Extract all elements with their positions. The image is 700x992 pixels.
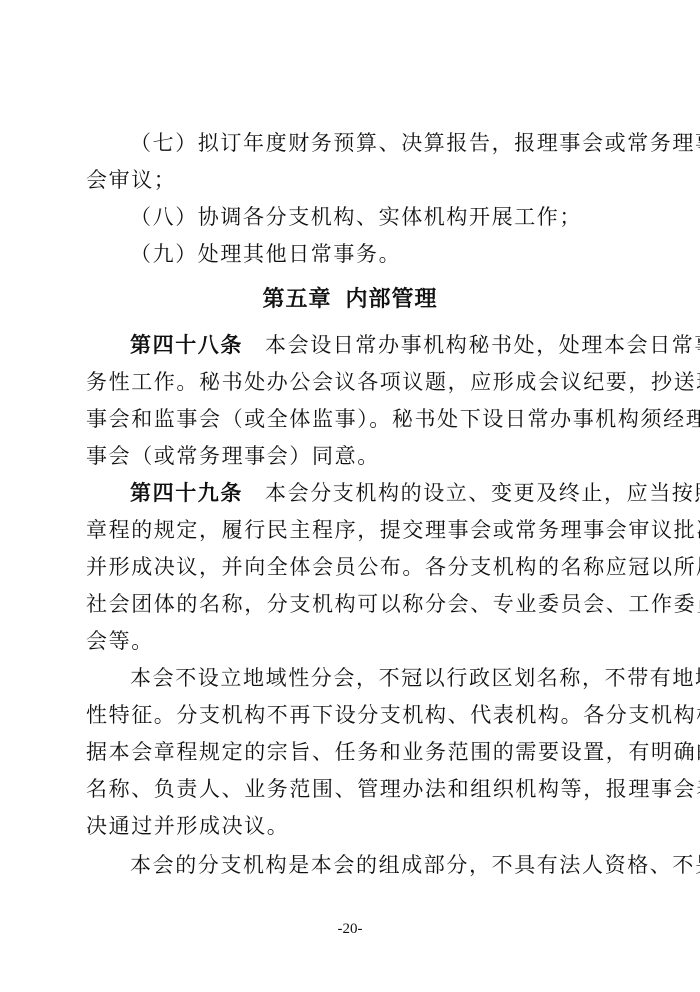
chapter-number: 第五章 bbox=[262, 287, 331, 312]
article-49-text-1: 本会分支机构的设立、变更及终止，应当按照 bbox=[265, 481, 700, 505]
page-number: -20- bbox=[0, 919, 700, 939]
article-48-line-3: 事会和监事会（或全体监事）。秘书处下设日常办事机构须经理 bbox=[86, 404, 616, 434]
article-49-line-1: 第四十九条本会分支机构的设立、变更及终止，应当按照 bbox=[130, 478, 616, 508]
chapter-title: 内部管理 bbox=[346, 287, 438, 312]
article-49-line-3: 并形成决议，并向全体会员公布。各分支机构的名称应冠以所属 bbox=[86, 552, 616, 582]
regional-paragraph-line-2: 性特征。分支机构不再下设分支机构、代表机构。各分支机构根 bbox=[86, 700, 616, 730]
article-49-line-4: 社会团体的名称，分支机构可以称分会、专业委员会、工作委员 bbox=[86, 589, 616, 619]
chapter-heading: 第五章内部管理 bbox=[0, 285, 700, 315]
list-item-7-line-1: （七）拟订年度财务预算、决算报告，报理事会或常务理事 bbox=[130, 128, 616, 158]
document-page: （七）拟订年度财务预算、决算报告，报理事会或常务理事 会审议； （八）协调各分支… bbox=[0, 0, 700, 992]
regional-paragraph-line-4: 名称、负责人、业务范围、管理办法和组织机构等，报理事会表 bbox=[86, 774, 616, 804]
article-48-line-4: 事会（或常务理事会）同意。 bbox=[86, 441, 616, 471]
article-48-line-2: 务性工作。秘书处办公会议各项议题，应形成会议纪要，抄送理 bbox=[86, 367, 616, 397]
list-item-8: （八）协调各分支机构、实体机构开展工作； bbox=[130, 202, 616, 232]
regional-paragraph-line-3: 据本会章程规定的宗旨、任务和业务范围的需要设置，有明确的 bbox=[86, 737, 616, 767]
regional-paragraph-line-1: 本会不设立地域性分会，不冠以行政区划名称，不带有地域 bbox=[130, 663, 616, 693]
regional-paragraph-line-5: 决通过并形成决议。 bbox=[86, 811, 616, 841]
article-49-line-5: 会等。 bbox=[86, 626, 616, 656]
article-49-line-2: 章程的规定，履行民主程序，提交理事会或常务理事会审议批准 bbox=[86, 515, 616, 545]
branch-paragraph-line-1: 本会的分支机构是本会的组成部分，不具有法人资格、不另 bbox=[130, 850, 616, 880]
article-48-line-1: 第四十八条本会设日常办事机构秘书处，处理本会日常事 bbox=[130, 330, 616, 360]
list-item-9: （九）处理其他日常事务。 bbox=[130, 239, 616, 269]
article-48-text-1: 本会设日常办事机构秘书处，处理本会日常事 bbox=[265, 333, 700, 357]
article-48-label: 第四十八条 bbox=[130, 333, 243, 357]
article-49-label: 第四十九条 bbox=[130, 481, 243, 505]
list-item-7-line-2: 会审议； bbox=[86, 165, 616, 195]
